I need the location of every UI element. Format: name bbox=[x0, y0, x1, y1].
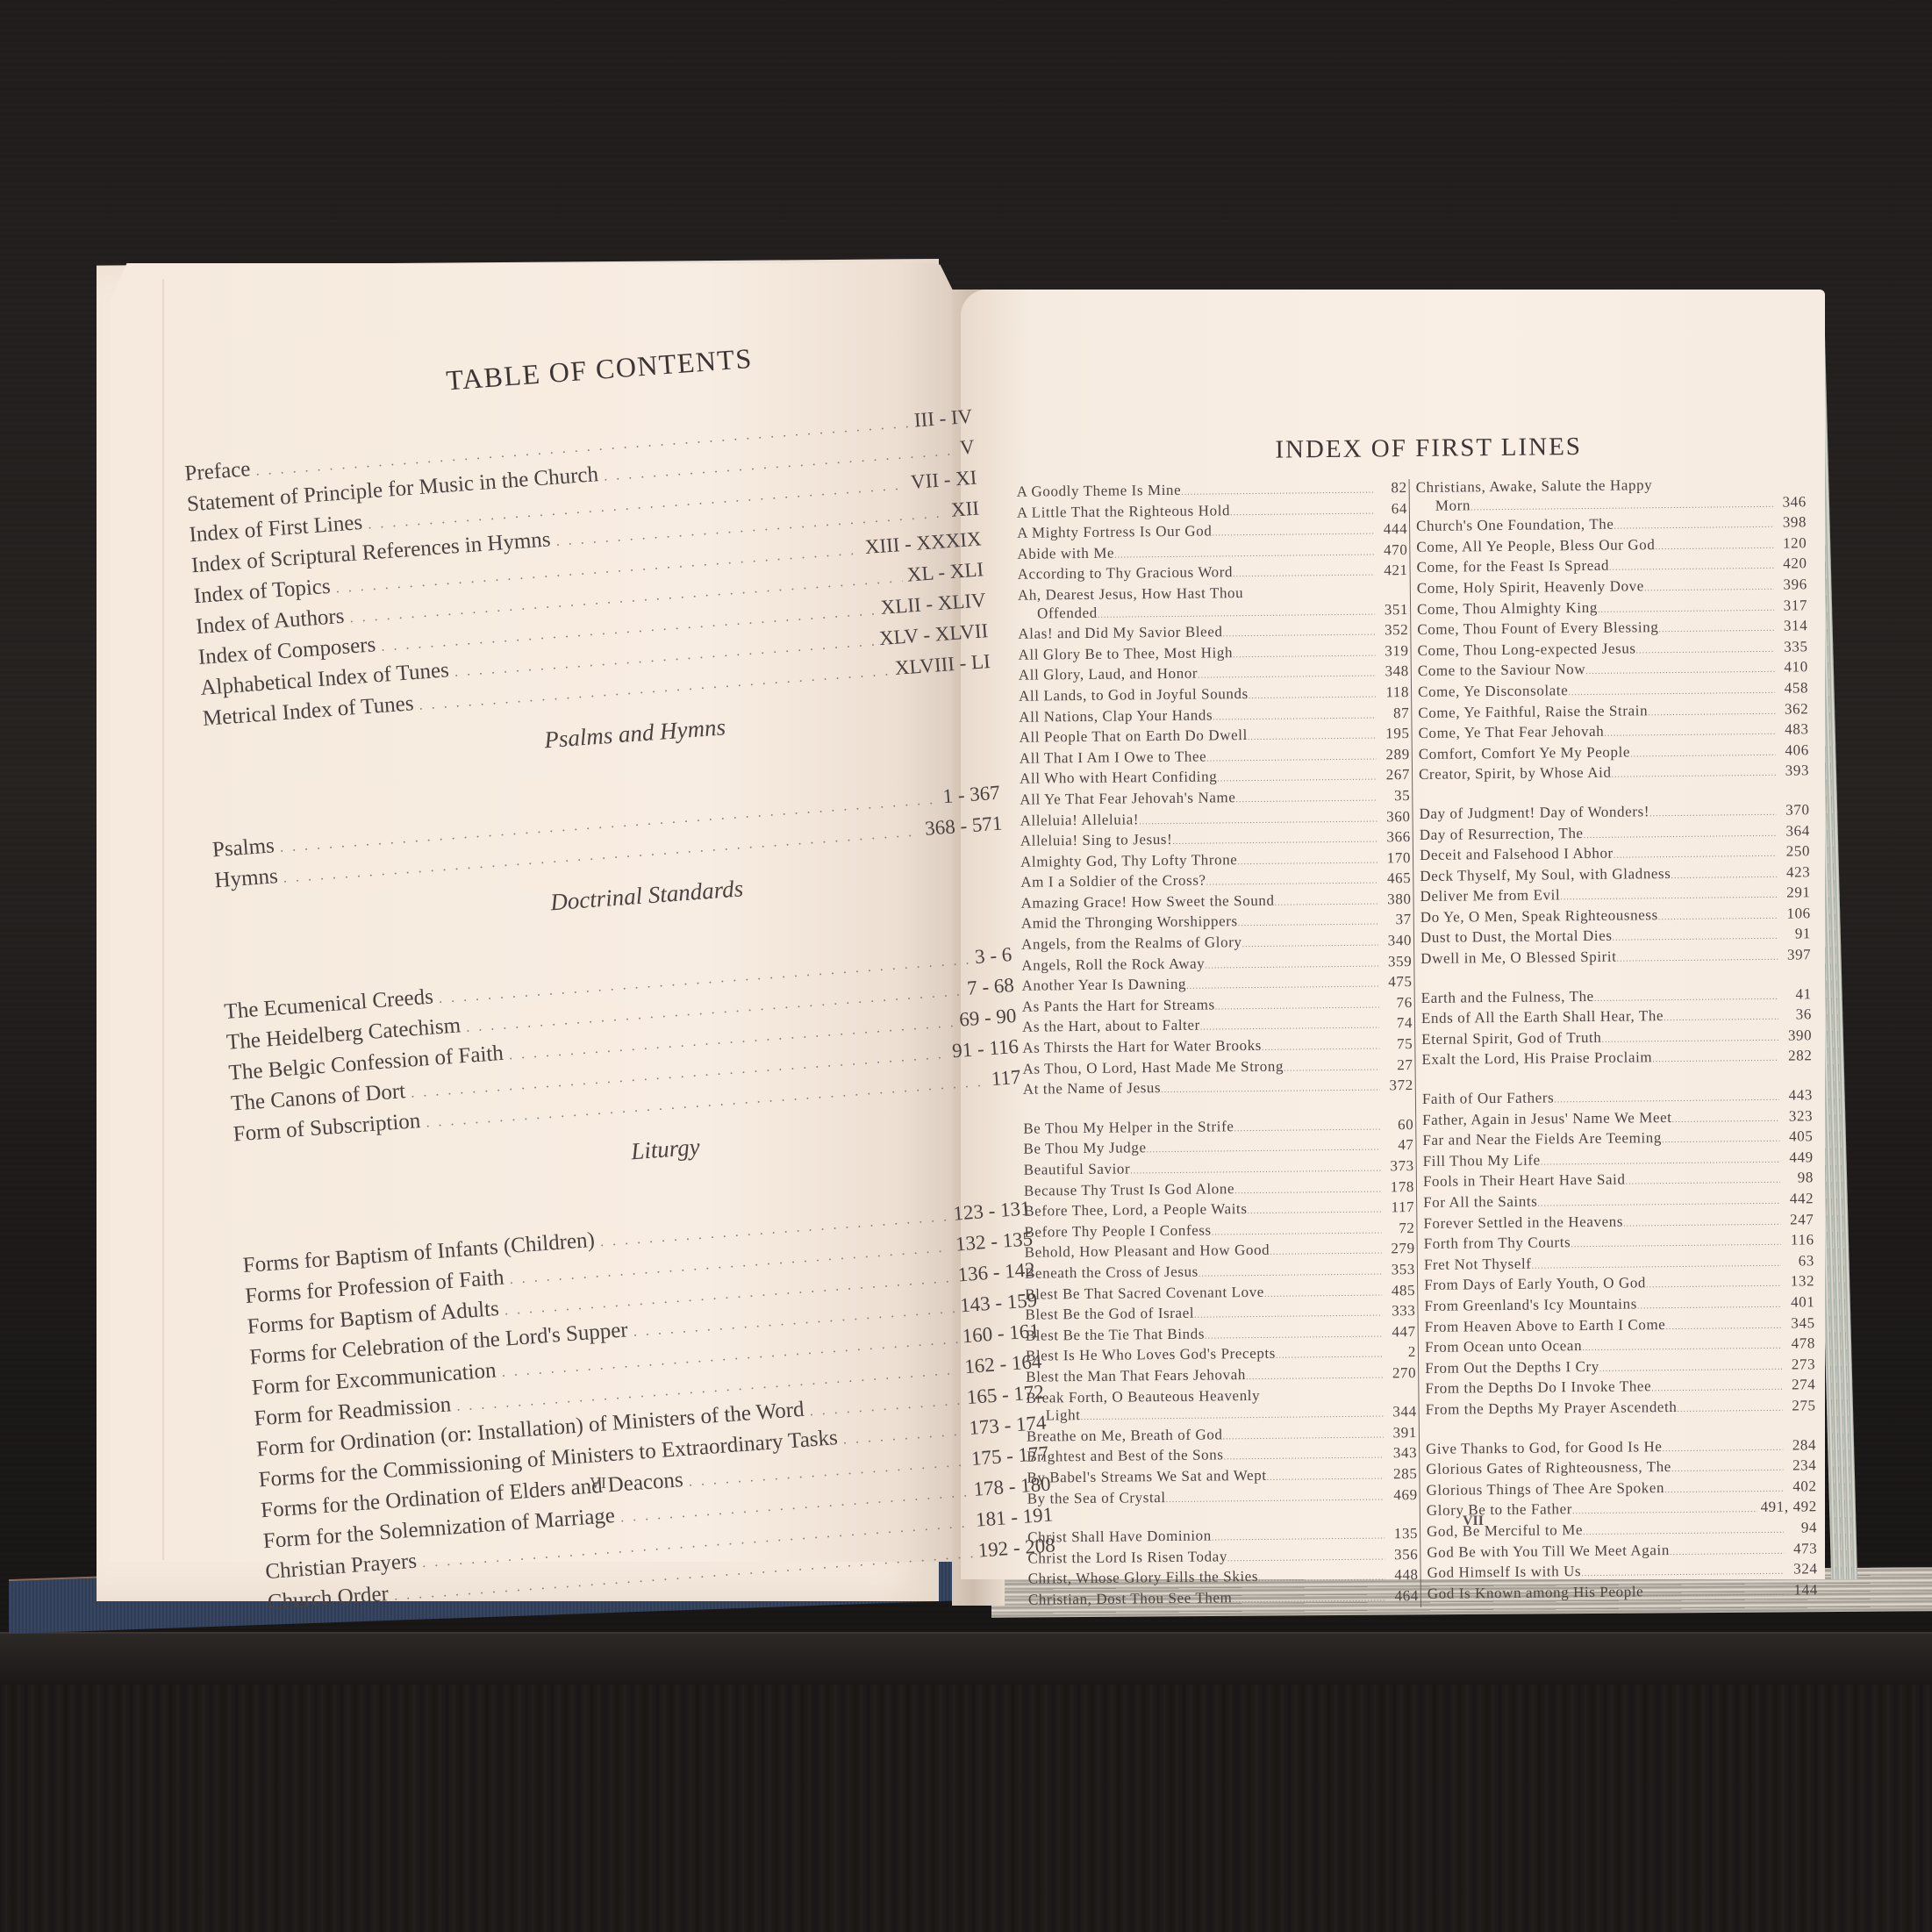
index-entry[interactable]: Because Thy Trust Is God Alone178 bbox=[1024, 1178, 1414, 1203]
hymn-first-line: Ah, Dearest Jesus, How Hast Thou bbox=[1018, 584, 1244, 605]
index-entry[interactable]: From the Depths Do I Invoke Thee274 bbox=[1425, 1377, 1815, 1401]
hymn-number: 120 bbox=[1773, 534, 1807, 553]
dot-leader bbox=[1230, 503, 1374, 522]
index-entry[interactable]: Angels, Roll the Rock Away359 bbox=[1021, 953, 1412, 977]
dot-leader bbox=[1662, 1131, 1780, 1150]
hymn-first-line: From Days of Early Youth, O God bbox=[1424, 1275, 1646, 1295]
index-entry[interactable]: Be Thou My Helper in the Strife60 bbox=[1023, 1116, 1413, 1141]
dot-leader bbox=[1658, 620, 1774, 640]
hymn-number: 37 bbox=[1378, 912, 1412, 930]
dot-leader bbox=[1582, 1338, 1782, 1358]
hymn-number: 250 bbox=[1777, 842, 1810, 861]
dot-leader bbox=[1599, 1358, 1783, 1378]
hymn-first-line: Almighty God, Thy Lofty Throne bbox=[1020, 851, 1238, 871]
hymn-number: 444 bbox=[1374, 520, 1407, 539]
hymn-first-line: From Heaven Above to Earth I Come bbox=[1425, 1316, 1666, 1336]
hymn-first-line: Earth and the Fulness, The bbox=[1421, 988, 1594, 1008]
index-entry[interactable]: As Pants the Hart for Streams76 bbox=[1022, 994, 1413, 1019]
hymn-first-line: From Greenland's Icy Mountains bbox=[1424, 1295, 1637, 1315]
hymn-number: 483 bbox=[1775, 720, 1808, 739]
hymn-number: 448 bbox=[1385, 1566, 1419, 1585]
dot-leader bbox=[1648, 703, 1775, 722]
hymn-first-line: From the Depths Do I Invoke Thee bbox=[1425, 1378, 1651, 1399]
hymn-number: 410 bbox=[1775, 659, 1808, 677]
dot-leader bbox=[1568, 683, 1775, 703]
index-entry[interactable]: Behold, How Pleasant and How Good279 bbox=[1025, 1240, 1415, 1264]
index-entry-continuation[interactable]: Morn346 bbox=[1416, 493, 1807, 518]
dot-leader bbox=[1560, 887, 1777, 907]
index-entry[interactable]: God Be with You Till We Meet Again473 bbox=[1427, 1540, 1817, 1564]
hymn-first-line: Ends of All the Earth Shall Hear, The bbox=[1421, 1007, 1664, 1027]
hymn-number: 343 bbox=[1384, 1444, 1417, 1463]
hymn-first-line: Christ the Lord Is Risen Today bbox=[1027, 1548, 1227, 1568]
page-number-right: VII bbox=[1463, 1513, 1484, 1529]
dot-leader bbox=[1665, 1317, 1781, 1336]
index-entry[interactable]: A Goodly Theme Is Mine82 bbox=[1017, 479, 1407, 504]
index-entry[interactable]: From Ocean unto Ocean478 bbox=[1425, 1335, 1815, 1359]
hymn-number: 340 bbox=[1378, 932, 1412, 950]
dot-leader bbox=[1217, 769, 1377, 789]
hymn-first-line: From the Depths My Prayer Ascendeth bbox=[1426, 1399, 1678, 1420]
hymn-first-line: Church's One Foundation, The bbox=[1416, 516, 1614, 536]
index-entry[interactable]: Alas! and Did My Savior Bleed352 bbox=[1018, 621, 1408, 646]
hymn-number: 352 bbox=[1375, 621, 1408, 640]
index-entry[interactable]: Come, Ye Faithful, Raise the Strain362 bbox=[1418, 700, 1808, 725]
dot-leader bbox=[1541, 1151, 1780, 1171]
index-entry[interactable]: Come, Thou Long-expected Jesus335 bbox=[1417, 638, 1807, 662]
hymn-number: 2 bbox=[1383, 1343, 1416, 1362]
index-entry[interactable]: Abide with Me470 bbox=[1017, 541, 1407, 566]
dot-leader bbox=[1614, 517, 1773, 536]
hymn-first-line: All Glory Be to Thee, Most High bbox=[1019, 644, 1234, 664]
hymn-number: 491, 492 bbox=[1757, 1499, 1817, 1517]
hymn-number: 473 bbox=[1784, 1540, 1817, 1558]
hymn-first-line: Break Forth, O Beauteous Heavenly bbox=[1026, 1386, 1260, 1406]
hymn-first-line: Come, Thou Fount of Every Blessing bbox=[1417, 619, 1658, 639]
hymn-first-line: As the Hart, about to Falter bbox=[1022, 1017, 1200, 1037]
dot-leader bbox=[1670, 1542, 1785, 1562]
index-entry[interactable]: From Greenland's Icy Mountains401 bbox=[1424, 1293, 1814, 1318]
index-entry[interactable]: Do Ye, O Men, Speak Righteousness106 bbox=[1420, 905, 1811, 929]
toc-entry-label: Psalms bbox=[211, 832, 275, 864]
hymn-number: 478 bbox=[1782, 1335, 1815, 1353]
hymn-first-line: Come to the Saviour Now bbox=[1418, 661, 1586, 681]
table-front bbox=[0, 1685, 1932, 1932]
hymn-first-line: Beautiful Savior bbox=[1024, 1160, 1131, 1179]
index-entry[interactable]: Blest Be the Tie That Binds447 bbox=[1026, 1323, 1416, 1348]
hymn-first-line: From Ocean unto Ocean bbox=[1425, 1337, 1582, 1356]
page-number-left: VI bbox=[590, 1474, 606, 1492]
hymn-first-line: Come, Holy Spirit, Heavenly Dove bbox=[1417, 577, 1644, 597]
hymn-number: 291 bbox=[1777, 884, 1810, 903]
hymn-number: 449 bbox=[1780, 1148, 1814, 1167]
index-entry[interactable]: Fill Thou My Life449 bbox=[1423, 1148, 1814, 1173]
index-entry[interactable]: Church's One Foundation, The398 bbox=[1416, 514, 1807, 539]
index-entry[interactable]: Deliver Me from Evil291 bbox=[1420, 884, 1810, 909]
dot-leader bbox=[1284, 1059, 1380, 1078]
index-entry[interactable]: Far and Near the Fields Are Teeming405 bbox=[1422, 1127, 1813, 1152]
hymn-number: 359 bbox=[1378, 953, 1412, 971]
index-entry[interactable]: Alleluia! Alleluia!360 bbox=[1020, 808, 1410, 833]
index-entry[interactable]: Come, Ye Disconsolate458 bbox=[1418, 679, 1808, 704]
hymn-first-line-continued: Light bbox=[1027, 1406, 1081, 1425]
index-entry-continuation[interactable]: Light344 bbox=[1027, 1403, 1417, 1428]
hymn-number: 279 bbox=[1382, 1240, 1415, 1258]
index-entry[interactable]: At the Name of Jesus372 bbox=[1023, 1077, 1413, 1101]
index-entry[interactable]: All That I Am I Owe to Thee289 bbox=[1020, 746, 1410, 770]
index-entry[interactable]: Blest Be the God of Israel333 bbox=[1025, 1302, 1415, 1327]
index-entry[interactable]: Earth and the Fulness, The41 bbox=[1421, 985, 1812, 1010]
dot-leader bbox=[1234, 1119, 1380, 1138]
index-entry[interactable]: Be Thou My Judge47 bbox=[1023, 1136, 1413, 1161]
hymn-number: 91 bbox=[1778, 926, 1811, 944]
hymn-number: 421 bbox=[1375, 562, 1408, 580]
index-entry[interactable]: A Little That the Righteous Hold64 bbox=[1017, 500, 1407, 525]
index-entry[interactable]: All Glory Be to Thee, Most High319 bbox=[1019, 642, 1409, 667]
hymn-first-line: Alleluia! Alleluia! bbox=[1020, 811, 1139, 830]
dot-leader bbox=[1625, 1172, 1780, 1191]
hymn-first-line: Deceit and Falsehood I Abhor bbox=[1420, 845, 1614, 865]
hymn-number: 485 bbox=[1382, 1282, 1415, 1300]
hymn-first-line: Dwell in Me, O Blessed Spirit bbox=[1420, 948, 1616, 969]
hymn-number: 285 bbox=[1384, 1465, 1417, 1484]
toc-entry-pages: 368 - 571 bbox=[924, 809, 1003, 842]
hymn-first-line: God Himself Is with Us bbox=[1427, 1563, 1581, 1582]
hymn-first-line: As Pants the Hart for Streams bbox=[1022, 996, 1215, 1016]
hymn-first-line: Because Thy Trust Is God Alone bbox=[1024, 1180, 1234, 1200]
hymn-number: 351 bbox=[1375, 601, 1408, 619]
hymn-first-line: Come, All Ye People, Bless Our God bbox=[1416, 536, 1655, 556]
hymn-number: 317 bbox=[1774, 597, 1807, 615]
hymn-first-line: Forth from Thy Courts bbox=[1424, 1234, 1571, 1253]
hymn-first-line: Come, Ye Disconsolate bbox=[1418, 682, 1568, 701]
index-entry[interactable]: Christ, Whose Glory Fills the Skies448 bbox=[1028, 1566, 1419, 1591]
toc-entry-pages: 7 - 68 bbox=[966, 971, 1015, 1003]
index-entry[interactable]: Deck Thyself, My Soul, with Gladness423 bbox=[1420, 863, 1810, 888]
index-entry[interactable]: All Lands, to God in Joyful Sounds118 bbox=[1019, 683, 1409, 708]
hymn-first-line: Beneath the Cross of Jesus bbox=[1025, 1263, 1199, 1284]
dot-leader bbox=[1237, 852, 1377, 871]
hymn-first-line: Give Thanks to God, for Good Is He bbox=[1426, 1438, 1663, 1458]
index-entry[interactable]: Angels, from the Realms of Glory340 bbox=[1021, 932, 1412, 956]
hymn-first-line: All People That on Earth Do Dwell bbox=[1019, 726, 1247, 747]
dot-leader bbox=[1651, 1379, 1782, 1399]
hymn-first-line: Glorious Things of Thee Are Spoken bbox=[1426, 1479, 1664, 1499]
dot-leader bbox=[1241, 935, 1378, 955]
dot-leader bbox=[1601, 1030, 1778, 1050]
hymn-number: 74 bbox=[1379, 1014, 1413, 1033]
hymn-first-line: Blest Be the Tie That Binds bbox=[1026, 1325, 1206, 1345]
hymn-number: 405 bbox=[1779, 1127, 1813, 1146]
index-entry[interactable]: God, Be Merciful to Me94 bbox=[1427, 1519, 1817, 1543]
index-entry-continuation[interactable]: Offended351 bbox=[1018, 601, 1408, 626]
hymn-first-line: Alas! and Did My Savior Bleed bbox=[1018, 623, 1222, 643]
index-entry[interactable]: Come, Holy Spirit, Heavenly Dove396 bbox=[1417, 576, 1807, 600]
dot-leader bbox=[1644, 579, 1774, 598]
hymn-first-line: Come, Ye Faithful, Raise the Strain bbox=[1418, 702, 1648, 722]
index-entry[interactable]: All Nations, Clap Your Hands87 bbox=[1019, 705, 1409, 729]
index-entry[interactable]: Blest Be That Sacred Covenant Love485 bbox=[1025, 1282, 1415, 1306]
hymn-number: 117 bbox=[1381, 1199, 1414, 1217]
hymn-first-line: Blest Be That Sacred Covenant Love bbox=[1025, 1283, 1264, 1303]
index-entry[interactable]: Deceit and Falsehood I Abhor250 bbox=[1420, 842, 1810, 867]
hymn-number: 353 bbox=[1382, 1261, 1415, 1279]
index-entry[interactable]: Before Thee, Lord, a People Waits117 bbox=[1024, 1199, 1414, 1223]
hymn-number: 360 bbox=[1377, 808, 1410, 826]
dot-leader bbox=[1643, 1584, 1785, 1603]
index-entry[interactable]: Christ the Lord Is Risen Today356 bbox=[1027, 1546, 1418, 1571]
hymn-first-line: Another Year Is Dawning bbox=[1021, 976, 1186, 996]
hymn-first-line: Do Ye, O Men, Speak Righteousness bbox=[1420, 906, 1658, 927]
dot-leader bbox=[1139, 811, 1377, 831]
hymn-number: 195 bbox=[1376, 725, 1409, 743]
index-entry[interactable]: Dwell in Me, O Blessed Spirit397 bbox=[1420, 946, 1811, 970]
hymn-number: 35 bbox=[1377, 787, 1410, 805]
hymn-number: 345 bbox=[1782, 1314, 1815, 1333]
hymn-number: 106 bbox=[1778, 905, 1811, 923]
hymn-first-line: Faith of Our Fathers bbox=[1422, 1089, 1555, 1108]
index-entry[interactable]: Exalt the Lord, His Praise Proclaim282 bbox=[1421, 1048, 1812, 1072]
hymn-number: 398 bbox=[1773, 514, 1807, 533]
index-entry[interactable]: Come, Thou Almighty King317 bbox=[1417, 597, 1807, 621]
index-entry[interactable]: Comfort, Comfort Ye My People406 bbox=[1419, 741, 1809, 766]
toc-entry-pages: 91 - 116 bbox=[951, 1033, 1020, 1065]
index-entry[interactable]: By the Sea of Crystal469 bbox=[1027, 1486, 1418, 1511]
dot-leader bbox=[1671, 1110, 1779, 1129]
dot-leader bbox=[1630, 744, 1776, 763]
index-entry[interactable]: For All the Saints442 bbox=[1423, 1190, 1814, 1214]
toc-entry-pages: 3 - 6 bbox=[974, 941, 1013, 971]
index-entry[interactable]: Faith of Our Fathers443 bbox=[1422, 1086, 1813, 1111]
hymn-first-line: All Nations, Clap Your Hands bbox=[1019, 706, 1213, 726]
index-entry[interactable]: Breathe on Me, Breath of God391 bbox=[1027, 1424, 1417, 1449]
index-entry[interactable]: Beneath the Cross of Jesus353 bbox=[1025, 1261, 1415, 1285]
hymn-number: 323 bbox=[1779, 1107, 1813, 1126]
hymn-number: 333 bbox=[1382, 1302, 1415, 1320]
index-entry[interactable]: All Glory, Laud, and Honor348 bbox=[1019, 662, 1409, 687]
hymn-first-line: Creator, Spirit, by Whose Aid bbox=[1419, 764, 1612, 784]
hymn-first-line: As Thirsts the Hart for Water Brooks bbox=[1022, 1037, 1262, 1057]
dot-leader bbox=[1247, 1202, 1381, 1221]
dot-leader bbox=[1609, 558, 1774, 578]
hymn-first-line: A Goodly Theme Is Mine bbox=[1017, 482, 1182, 502]
dot-leader bbox=[1166, 1489, 1385, 1509]
dot-leader bbox=[1612, 928, 1778, 948]
index-column-left: A Goodly Theme Is Mine82A Little That th… bbox=[1017, 479, 1419, 1612]
hymn-first-line: Far and Near the Fields Are Teeming bbox=[1422, 1129, 1662, 1149]
hymn-number: 132 bbox=[1781, 1273, 1814, 1292]
hymn-first-line: Blest Is He Who Loves God's Precepts bbox=[1026, 1345, 1276, 1366]
dot-leader bbox=[1594, 988, 1778, 1008]
hymn-first-line: By the Sea of Crystal bbox=[1027, 1489, 1166, 1508]
hymn-first-line: Amid the Thronging Worshippers bbox=[1021, 913, 1238, 934]
dot-leader bbox=[1604, 724, 1775, 744]
index-entry[interactable]: By Babel's Streams We Sat and Wept285 bbox=[1027, 1465, 1417, 1490]
index-entry[interactable]: Amazing Grace! How Sweet the Sound380 bbox=[1020, 891, 1411, 915]
index-entry[interactable]: Blest the Man That Fears Jehovah270 bbox=[1026, 1364, 1416, 1389]
index-entry[interactable]: Glorious Gates of Righteousness, The234 bbox=[1426, 1456, 1816, 1481]
dot-leader bbox=[1264, 1284, 1383, 1304]
dot-leader bbox=[1147, 1140, 1381, 1160]
hymn-number: 442 bbox=[1780, 1190, 1814, 1208]
index-entry[interactable]: From Out the Depths I Cry273 bbox=[1425, 1356, 1815, 1380]
dot-leader bbox=[1270, 1243, 1382, 1263]
hymn-number: 247 bbox=[1780, 1211, 1814, 1229]
index-entry[interactable]: Give Thanks to God, for Good Is He284 bbox=[1426, 1436, 1816, 1461]
index-entry[interactable]: All People That on Earth Do Dwell195 bbox=[1019, 725, 1409, 749]
index-entry[interactable]: Come, for the Feast Is Spread420 bbox=[1416, 555, 1807, 580]
hymn-number: 63 bbox=[1781, 1252, 1814, 1270]
toc-entry-pages: XII bbox=[950, 494, 980, 524]
hymn-first-line: For All the Saints bbox=[1423, 1193, 1538, 1213]
hymn-first-line: As Thou, O Lord, Hast Made Me Strong bbox=[1022, 1057, 1284, 1078]
dot-leader bbox=[1537, 1193, 1780, 1213]
toc-entry-pages: 132 - 135 bbox=[955, 1225, 1034, 1258]
index-entry[interactable]: Forever Settled in the Heavens247 bbox=[1423, 1211, 1814, 1235]
index-entry[interactable]: Christian, Dost Thou See Them464 bbox=[1028, 1587, 1419, 1612]
hymn-first-line: Day of Resurrection, The bbox=[1420, 825, 1584, 845]
index-entry[interactable]: As Thou, O Lord, Hast Made Me Strong27 bbox=[1022, 1056, 1413, 1081]
dot-leader bbox=[1262, 1038, 1380, 1057]
index-entry[interactable]: Forth from Thy Courts116 bbox=[1424, 1231, 1814, 1256]
hymn-number: 282 bbox=[1778, 1048, 1812, 1066]
dot-leader bbox=[1222, 1427, 1384, 1447]
index-entry[interactable]: Day of Judgment! Day of Wonders!370 bbox=[1419, 801, 1809, 826]
hymn-first-line: Father, Again in Jesus' Name We Meet bbox=[1422, 1109, 1672, 1130]
index-entry[interactable]: Brightest and Best of the Sons343 bbox=[1027, 1444, 1417, 1469]
index-entry[interactable]: From the Depths My Prayer Ascendeth275 bbox=[1426, 1397, 1816, 1421]
index-entry[interactable]: Dust to Dust, the Mortal Dies91 bbox=[1420, 926, 1811, 950]
dot-leader bbox=[1246, 1367, 1384, 1386]
dot-leader bbox=[1664, 1480, 1784, 1499]
hymn-number: 458 bbox=[1775, 679, 1808, 698]
index-entry[interactable]: From Heaven Above to Earth I Come345 bbox=[1425, 1314, 1815, 1339]
index-entry[interactable]: Am I a Soldier of the Cross?465 bbox=[1020, 869, 1411, 894]
index-entry[interactable]: Eternal Spirit, God of Truth390 bbox=[1421, 1027, 1812, 1051]
hymn-number: 47 bbox=[1380, 1136, 1413, 1155]
hymn-number: 41 bbox=[1778, 985, 1812, 1004]
hymn-first-line: Day of Judgment! Day of Wonders! bbox=[1419, 803, 1649, 823]
dot-leader bbox=[1584, 825, 1777, 845]
index-entry[interactable]: Ends of All the Earth Shall Hear, The36 bbox=[1421, 1006, 1812, 1031]
hymn-number: 267 bbox=[1377, 766, 1410, 784]
hymn-number: 391 bbox=[1384, 1424, 1417, 1442]
dot-leader bbox=[1616, 949, 1778, 970]
dot-leader bbox=[1213, 707, 1376, 727]
hymn-number: 362 bbox=[1775, 700, 1808, 719]
index-entry[interactable]: As Thirsts the Hart for Water Brooks75 bbox=[1022, 1035, 1413, 1060]
dot-leader bbox=[1581, 1563, 1785, 1584]
dot-leader bbox=[1222, 625, 1375, 644]
hymn-first-line: Comfort, Comfort Ye My People bbox=[1419, 743, 1630, 763]
index-entry[interactable]: Blest Is He Who Loves God's Precepts2 bbox=[1026, 1343, 1416, 1368]
hymn-number: 335 bbox=[1774, 638, 1807, 656]
index-entry[interactable]: God Is Known among His People144 bbox=[1428, 1581, 1818, 1606]
hymn-number: 27 bbox=[1379, 1056, 1413, 1075]
hymn-number: 64 bbox=[1374, 500, 1407, 519]
hymn-first-line: All Glory, Laud, and Honor bbox=[1019, 665, 1199, 685]
hymn-number: 346 bbox=[1773, 493, 1807, 512]
hymn-number: 443 bbox=[1779, 1086, 1813, 1105]
hymn-first-line: A Mighty Fortress Is Our God bbox=[1017, 523, 1212, 543]
index-entry[interactable]: Christ Shall Have Dominion135 bbox=[1027, 1525, 1418, 1549]
index-entry[interactable]: Creator, Spirit, by Whose Aid393 bbox=[1419, 762, 1809, 787]
hymn-first-line: Fret Not Thyself bbox=[1424, 1255, 1532, 1274]
index-entry[interactable]: Alleluia! Sing to Jesus!366 bbox=[1020, 828, 1411, 853]
index-entry[interactable]: Come, Thou Fount of Every Blessing314 bbox=[1417, 617, 1807, 641]
dot-leader bbox=[1571, 1234, 1781, 1255]
dot-leader bbox=[1235, 790, 1377, 809]
index-entry[interactable]: Amid the Thronging Worshippers37 bbox=[1021, 912, 1412, 936]
index-entry[interactable]: As the Hart, about to Falter74 bbox=[1022, 1014, 1413, 1039]
dot-leader bbox=[1198, 666, 1376, 686]
index-entry[interactable]: All Who with Heart Confiding267 bbox=[1020, 766, 1410, 791]
index-entry[interactable]: All Ye That Fear Jehovah's Name35 bbox=[1020, 787, 1410, 812]
index-entry[interactable]: Before Thy People I Confess72 bbox=[1024, 1220, 1414, 1244]
hymn-number: 396 bbox=[1774, 576, 1807, 594]
hymn-number: 94 bbox=[1784, 1519, 1817, 1537]
dot-leader bbox=[1470, 496, 1773, 517]
index-entry[interactable]: Come, Ye That Fear Jehovah483 bbox=[1418, 720, 1808, 745]
toc-entry-label: Hymns bbox=[213, 862, 278, 895]
toc-entry-pages: VII - XI bbox=[910, 464, 978, 497]
hymn-first-line: Deliver Me from Evil bbox=[1420, 887, 1560, 906]
toc-entry-pages: V bbox=[959, 433, 976, 462]
hymn-first-line: Exalt the Lord, His Praise Proclaim bbox=[1421, 1049, 1652, 1070]
index-entry[interactable]: A Mighty Fortress Is Our God444 bbox=[1017, 520, 1407, 545]
hymn-number: 423 bbox=[1777, 863, 1810, 882]
hymn-number: 401 bbox=[1781, 1293, 1814, 1312]
hymn-first-line: Blest Be the God of Israel bbox=[1025, 1305, 1194, 1325]
dot-leader bbox=[1212, 524, 1374, 544]
hymn-number: 76 bbox=[1379, 994, 1413, 1013]
dot-leader bbox=[1671, 1460, 1784, 1479]
index-entry[interactable]: From Days of Early Youth, O God132 bbox=[1424, 1273, 1814, 1298]
hymn-first-line: Come, Thou Almighty King bbox=[1417, 598, 1598, 619]
index-entry[interactable]: Fret Not Thyself63 bbox=[1424, 1252, 1814, 1277]
index-entry[interactable]: Come, All Ye People, Bless Our God120 bbox=[1416, 534, 1807, 559]
hymn-first-line: Eternal Spirit, God of Truth bbox=[1421, 1029, 1601, 1049]
hymn-first-line: Amazing Grace! How Sweet the Sound bbox=[1020, 892, 1274, 913]
hymn-number: 420 bbox=[1773, 555, 1807, 574]
toc-entry-label: Preface bbox=[183, 455, 251, 488]
hymn-number: 234 bbox=[1783, 1456, 1816, 1475]
index-entry[interactable]: Almighty God, Thy Lofty Throne170 bbox=[1020, 849, 1411, 874]
hymn-first-line: Before Thy People I Confess bbox=[1024, 1221, 1211, 1241]
index-entry[interactable]: According to Thy Gracious Word421 bbox=[1018, 562, 1408, 586]
hymn-first-line: Christ, Whose Glory Fills the Skies bbox=[1028, 1568, 1259, 1588]
page-edge-line bbox=[162, 279, 164, 1560]
dot-leader bbox=[1636, 640, 1775, 660]
hymn-first-line: All Ye That Fear Jehovah's Name bbox=[1020, 789, 1235, 809]
index-entry[interactable]: God Himself Is with Us324 bbox=[1427, 1560, 1817, 1585]
hymn-first-line-continued: Offended bbox=[1018, 604, 1098, 623]
index-entry[interactable]: Beautiful Savior373 bbox=[1024, 1157, 1414, 1182]
index-entry[interactable]: Father, Again in Jesus' Name We Meet323 bbox=[1422, 1107, 1813, 1132]
dot-leader bbox=[1267, 1468, 1385, 1487]
hymn-number: 274 bbox=[1782, 1377, 1815, 1395]
index-entry[interactable]: Come to the Saviour Now410 bbox=[1418, 659, 1808, 683]
index-entry[interactable]: Another Year Is Dawning475 bbox=[1021, 973, 1412, 998]
dot-leader bbox=[1130, 1160, 1381, 1181]
index-entry[interactable]: Day of Resurrection, The364 bbox=[1420, 822, 1810, 847]
dot-leader bbox=[1234, 1181, 1381, 1200]
dot-leader bbox=[1181, 482, 1374, 502]
hymn-number: 356 bbox=[1385, 1546, 1418, 1564]
hymn-first-line: From Out the Depths I Cry bbox=[1425, 1358, 1599, 1378]
index-entry[interactable]: Fools in Their Heart Have Said98 bbox=[1423, 1170, 1814, 1194]
hymn-first-line-continued: Morn bbox=[1416, 497, 1470, 515]
